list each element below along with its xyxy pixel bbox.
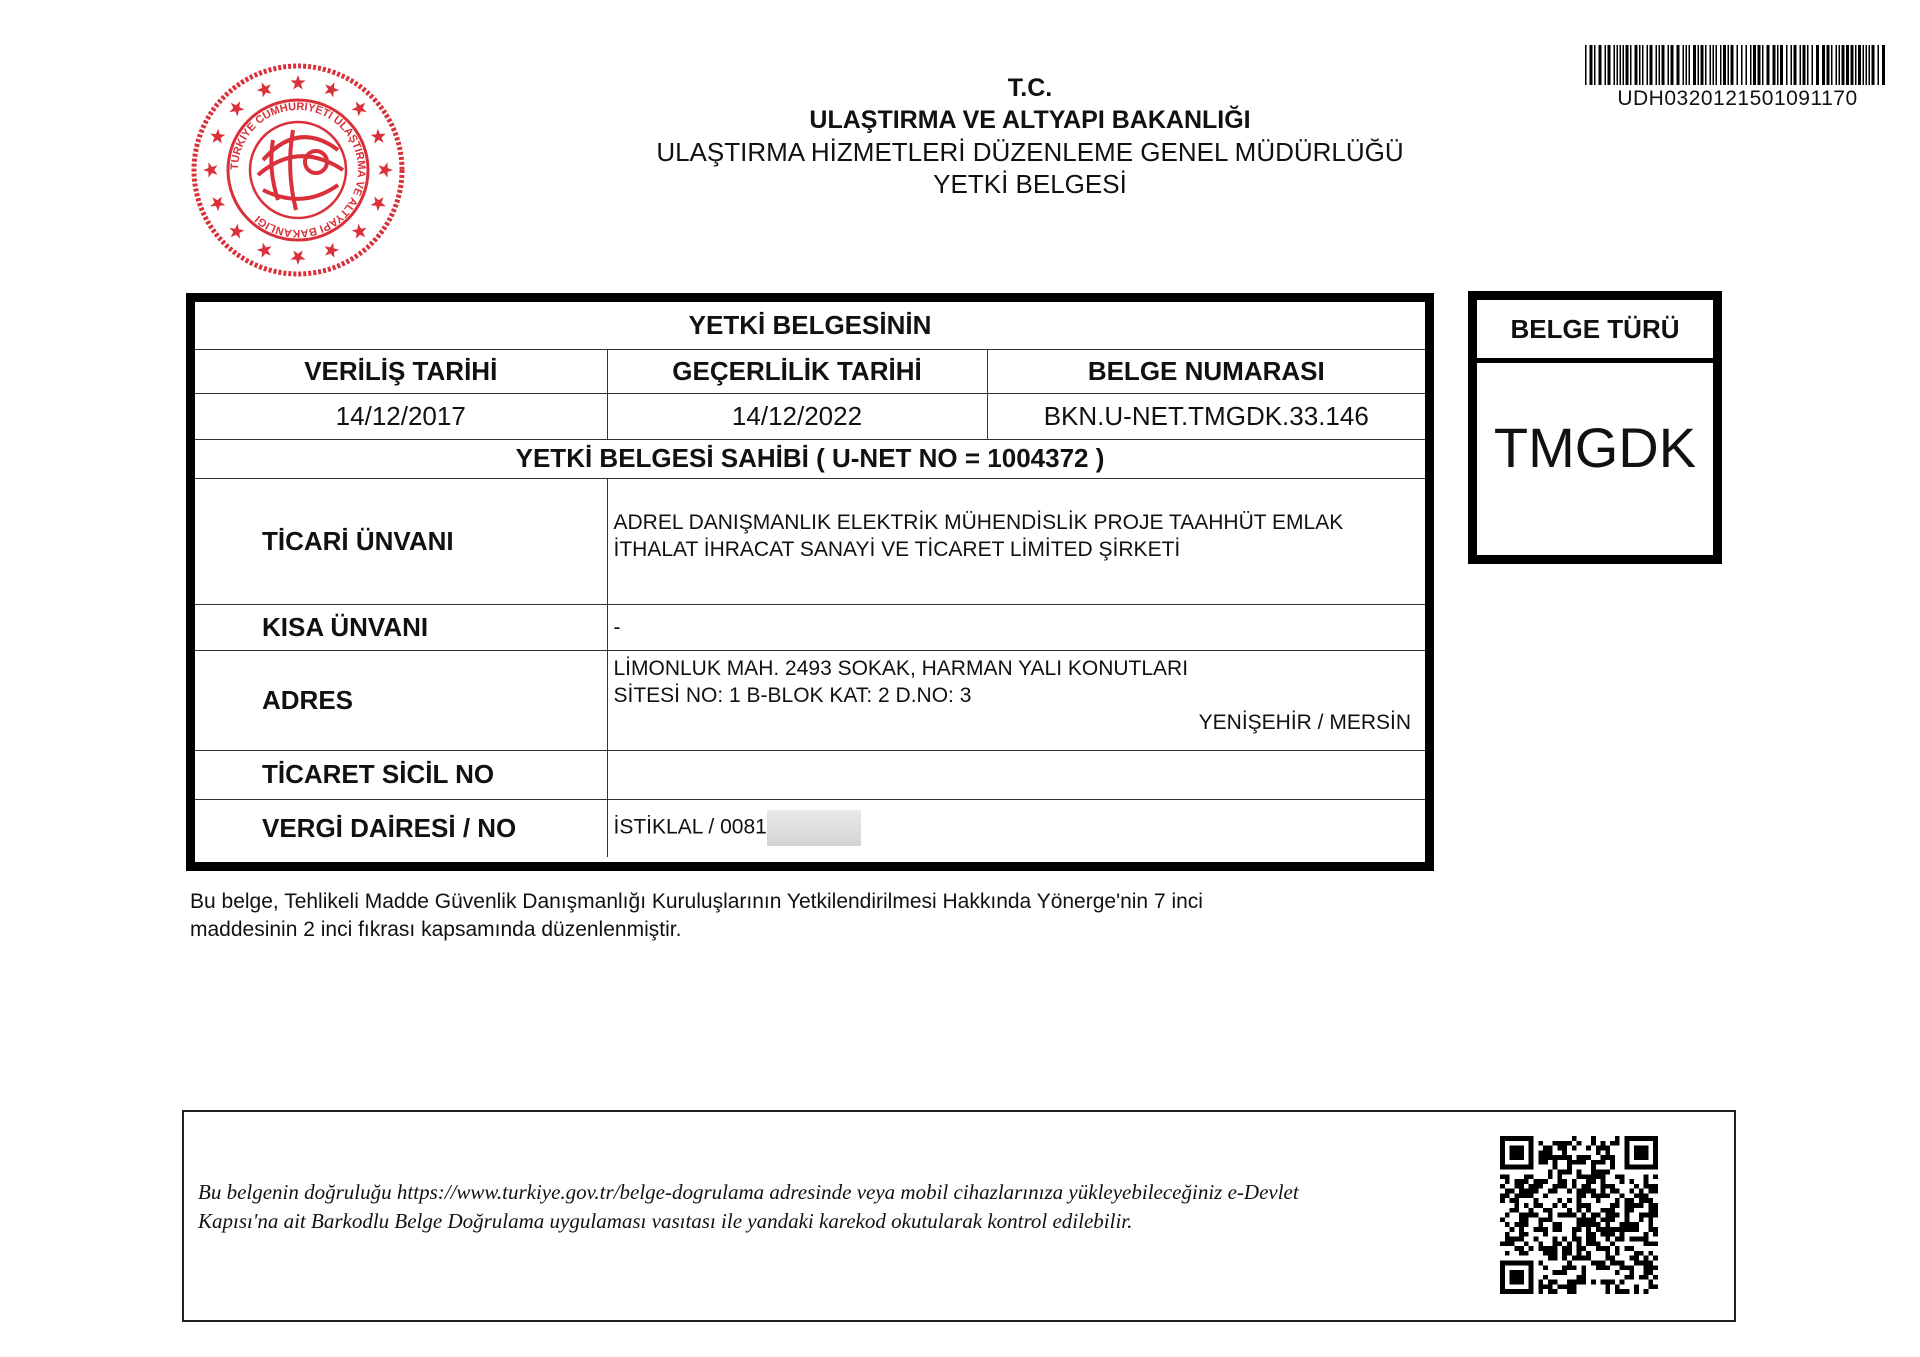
- trade-name-value: ADREL DANIŞMANLIK ELEKTRİK MÜHENDİSLİK P…: [607, 478, 1425, 604]
- column-document-number: BELGE NUMARASI: [987, 349, 1425, 393]
- column-issue-date: VERİLİŞ TARİHİ: [195, 349, 607, 393]
- qr-code-icon: [1500, 1136, 1658, 1294]
- tax-value-cell: İSTİKLAL / 0081: [607, 799, 1425, 857]
- document-type-box: BELGE TÜRÜ TMGDK: [1468, 291, 1722, 564]
- section-title: YETKİ BELGESİNİN: [195, 302, 1425, 349]
- document-type-value: TMGDK: [1477, 363, 1713, 480]
- ministry-seal-icon: TÜRKİYE CUMHURİYETİ ULAŞTIRMA VE ALTYAPI…: [188, 60, 408, 280]
- address-value: LİMONLUK MAH. 2493 SOKAK, HARMAN YALI KO…: [607, 650, 1425, 750]
- barcode: UDH0320121501091170: [1585, 45, 1890, 111]
- validity-date: 14/12/2022: [607, 393, 987, 439]
- header-republic: T.C.: [600, 72, 1460, 104]
- header-directorate: ULAŞTIRMA HİZMETLERİ DÜZENLEME GENEL MÜD…: [600, 136, 1460, 168]
- tax-value: İSTİKLAL / 0081: [614, 816, 767, 839]
- holder-title: YETKİ BELGESİ SAHİBİ ( U-NET NO = 100437…: [195, 439, 1425, 478]
- document-number: BKN.U-NET.TMGDK.33.146: [987, 393, 1425, 439]
- address-label: ADRES: [195, 650, 607, 750]
- document-header: T.C. ULAŞTIRMA VE ALTYAPI BAKANLIĞI ULAŞ…: [600, 72, 1460, 200]
- trade-name-label: TİCARİ ÜNVANI: [195, 478, 607, 604]
- document-type-label: BELGE TÜRÜ: [1477, 300, 1713, 363]
- short-name-value: -: [607, 604, 1425, 650]
- tax-label: VERGİ DAİRESİ / NO: [195, 799, 607, 857]
- certificate-table: YETKİ BELGESİNİN VERİLİŞ TARİHİ GEÇERLİL…: [186, 293, 1434, 871]
- legal-note: Bu belge, Tehlikeli Madde Güvenlik Danış…: [190, 888, 1440, 944]
- verification-text: Bu belgenin doğruluğu https://www.turkiy…: [198, 1178, 1428, 1236]
- verification-box: Bu belgenin doğruluğu https://www.turkiy…: [182, 1110, 1736, 1322]
- column-validity-date: GEÇERLİLİK TARİHİ: [607, 349, 987, 393]
- short-name-label: KISA ÜNVANI: [195, 604, 607, 650]
- header-ministry: ULAŞTIRMA VE ALTYAPI BAKANLIĞI: [600, 104, 1460, 136]
- barcode-number: UDH0320121501091170: [1585, 87, 1890, 111]
- redacted-area: [767, 810, 861, 846]
- trade-registry-label: TİCARET SİCİL NO: [195, 750, 607, 799]
- address-city: YENİŞEHİR / MERSİN: [614, 709, 1412, 736]
- header-doc-title: YETKİ BELGESİ: [600, 168, 1460, 200]
- trade-registry-value: [607, 750, 1425, 799]
- issue-date: 14/12/2017: [195, 393, 607, 439]
- barcode-icon: [1585, 45, 1890, 85]
